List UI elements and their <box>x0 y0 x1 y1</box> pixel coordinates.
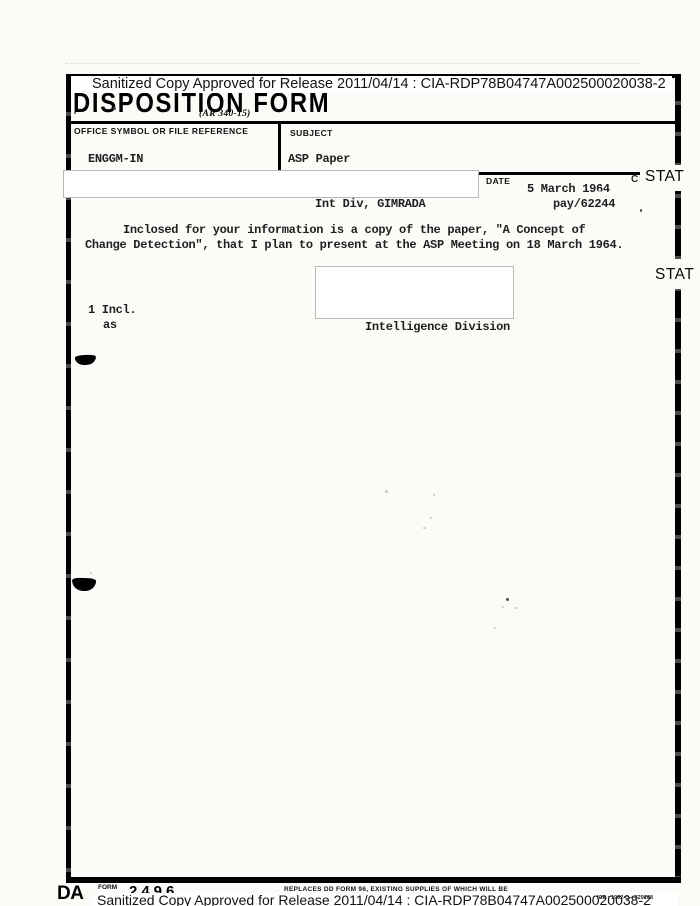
subject-label: SUBJECT <box>290 128 333 138</box>
punch-hole-mark <box>75 354 96 365</box>
signature-organization: Intelligence Division <box>365 320 510 334</box>
punch-hole-mark <box>72 578 96 592</box>
scan-speck <box>515 607 518 609</box>
reference-number: pay/62244 <box>553 197 615 211</box>
body-text-line-1: Inclosed for your information is a copy … <box>123 223 585 237</box>
enclosure-line-1: 1 Incl. <box>88 303 136 317</box>
stat-label: STAT <box>645 168 684 185</box>
scanned-document-page: DISPOSITION FORM Sanitized Copy Approved… <box>0 0 700 906</box>
date-row-rule <box>478 172 645 175</box>
scan-dotted-line <box>66 63 640 64</box>
date-label: DATE <box>486 176 510 186</box>
sanitization-banner-top: Sanitized Copy Approved for Release 2011… <box>71 76 672 93</box>
scan-speck <box>430 517 432 519</box>
subject-value: ASP Paper <box>288 152 350 166</box>
footer-da: DA <box>57 883 83 905</box>
ink-speck <box>113 107 116 110</box>
scan-speck <box>385 490 388 493</box>
ink-speck <box>640 209 642 212</box>
form-border-right <box>675 74 681 883</box>
body-text-line-2: Change Detection", that I plan to presen… <box>85 238 623 252</box>
header-column-divider <box>278 121 281 171</box>
date-value: 5 March 1964 <box>527 182 610 196</box>
redaction-box-routing <box>63 170 479 198</box>
stat-label: STAT <box>655 266 694 283</box>
regulation-reference: (AR 340-15) <box>199 109 251 119</box>
redaction-box-signature <box>315 266 514 319</box>
scan-speck <box>506 598 509 601</box>
ink-speck <box>74 112 76 114</box>
sanitization-banner-bottom: Sanitized Copy Approved for Release 2011… <box>93 893 678 906</box>
scan-speck <box>502 606 504 608</box>
scan-speck <box>433 494 435 496</box>
scan-speck <box>90 572 92 574</box>
stat-annotation-middle: STAT <box>645 259 700 289</box>
scan-speck <box>423 527 426 529</box>
print-office-code: ICE : 1962 O—629168 <box>597 895 653 901</box>
stat-annotation-top: STAT <box>640 165 700 191</box>
from-office-line: Int Div, GIMRADA <box>315 197 425 211</box>
enclosure-line-2: as <box>103 318 117 332</box>
office-symbol-value: ENGGM-IN <box>88 152 143 166</box>
scan-speck <box>494 627 496 629</box>
footer-form-word: FORM <box>98 884 117 891</box>
scan-speck <box>598 190 601 192</box>
header-row-rule <box>66 121 681 124</box>
office-symbol-label: OFFICE SYMBOL OR FILE REFERENCE <box>74 126 248 136</box>
